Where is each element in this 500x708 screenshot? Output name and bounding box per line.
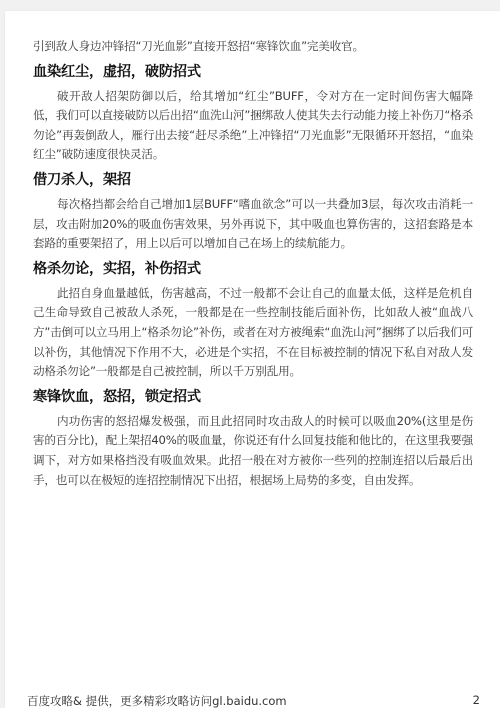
intro-paragraph: 引到敌人身边冲锋招“刀光血影”直接开怒招“寒锋饮血”完美收官。	[33, 37, 473, 57]
footer-source-text: 百度攻略& 提供，更多精彩攻略访问gl.baidu.com	[27, 693, 287, 708]
section-heading-jiedaosharen: 借刀杀人，架招	[33, 170, 473, 190]
section-body-geshawulun: 此招自身血量越低，伤害越高，不过一般都不会让自己的血量太低，这样是危机自己生命导…	[33, 284, 473, 382]
section-heading-xueranhongchen: 血染红尘，虚招，破防招式	[33, 62, 473, 82]
page-footer: 百度攻略& 提供，更多精彩攻略访问gl.baidu.com 2	[27, 693, 480, 708]
page-number: 2	[473, 693, 480, 708]
document-page: 引到敌人身边冲锋招“刀光血影”直接开怒招“寒锋饮血”完美收官。 血染红尘，虚招，…	[5, 11, 500, 708]
section-heading-hanfengyinxue: 寒锋饮血，怒招，锁定招式	[33, 387, 473, 407]
section-body-jiedaosharen: 每次格挡都会给自己增加1层BUFF“嗜血欲念”可以一共叠加3层，每次攻击消耗一层…	[33, 195, 473, 254]
section-body-hanfengyinxue: 内功伤害的怒招爆发极强，而且此招同时攻击敌人的时候可以吸血20%(这里是伤害的百…	[33, 412, 473, 490]
section-body-xueranhongchen: 破开敌人招架防御以后，给其增加“红尘”BUFF，令对方在一定时间伤害大幅降低，我…	[33, 87, 473, 165]
article-content: 引到敌人身边冲锋招“刀光血影”直接开怒招“寒锋饮血”完美收官。 血染红尘，虚招，…	[33, 37, 473, 490]
section-heading-geshawulun: 格杀勿论，实招，补伤招式	[33, 259, 473, 279]
